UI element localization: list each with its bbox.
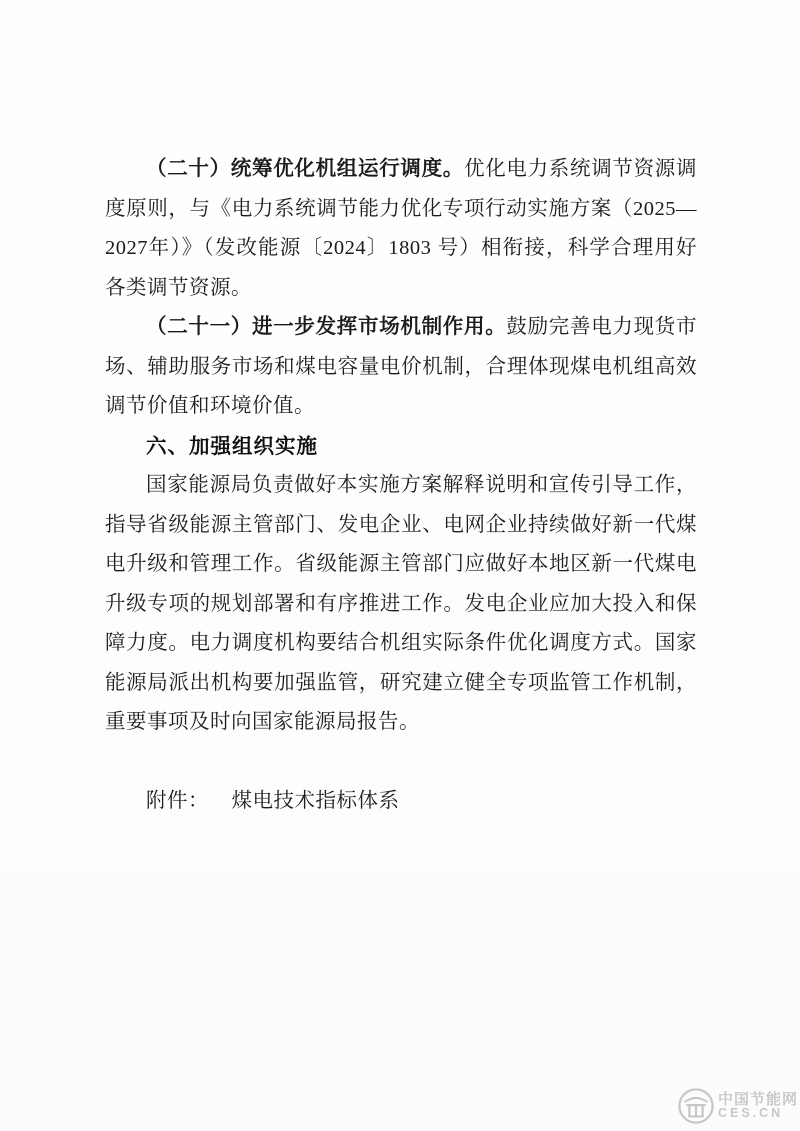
- paragraph-item-21: （二十一）进一步发挥市场机制作用。鼓励完善电力现货市场、辅助服务市场和煤电容量电…: [105, 308, 697, 427]
- paragraph-organization: 国家能源局负责做好本实施方案解释说明和宣传引导工作，指导省级能源主管部门、发电企…: [105, 466, 697, 743]
- attachment-line: 附件：煤电技术指标体系: [105, 782, 697, 822]
- paragraph-item-20: （二十）统筹优化机组运行调度。优化电力系统调节资源调度原则，与《电力系统调节能力…: [105, 150, 697, 308]
- watermark: 中国节能网 CES.CN: [677, 1087, 800, 1125]
- attachment-label: 附件：: [146, 790, 209, 812]
- watermark-text: 中国节能网 CES.CN: [718, 1092, 800, 1121]
- watermark-site-url: CES.CN: [718, 1107, 798, 1120]
- attachment-title: 煤电技术指标体系: [232, 790, 400, 812]
- ces-logo-icon: [677, 1087, 715, 1125]
- paragraph-20-lead: （二十）统筹优化机组运行调度。: [146, 158, 464, 180]
- section-heading-six: 六、加强组织实施: [105, 427, 697, 467]
- paragraph-21-lead: （二十一）进一步发挥市场机制作用。: [146, 316, 506, 338]
- watermark-site-name: 中国节能网: [718, 1092, 798, 1108]
- document-page: （二十）统筹优化机组运行调度。优化电力系统调节资源调度原则，与《电力系统调节能力…: [0, 0, 800, 1131]
- document-body: （二十）统筹优化机组运行调度。优化电力系统调节资源调度原则，与《电力系统调节能力…: [105, 150, 697, 822]
